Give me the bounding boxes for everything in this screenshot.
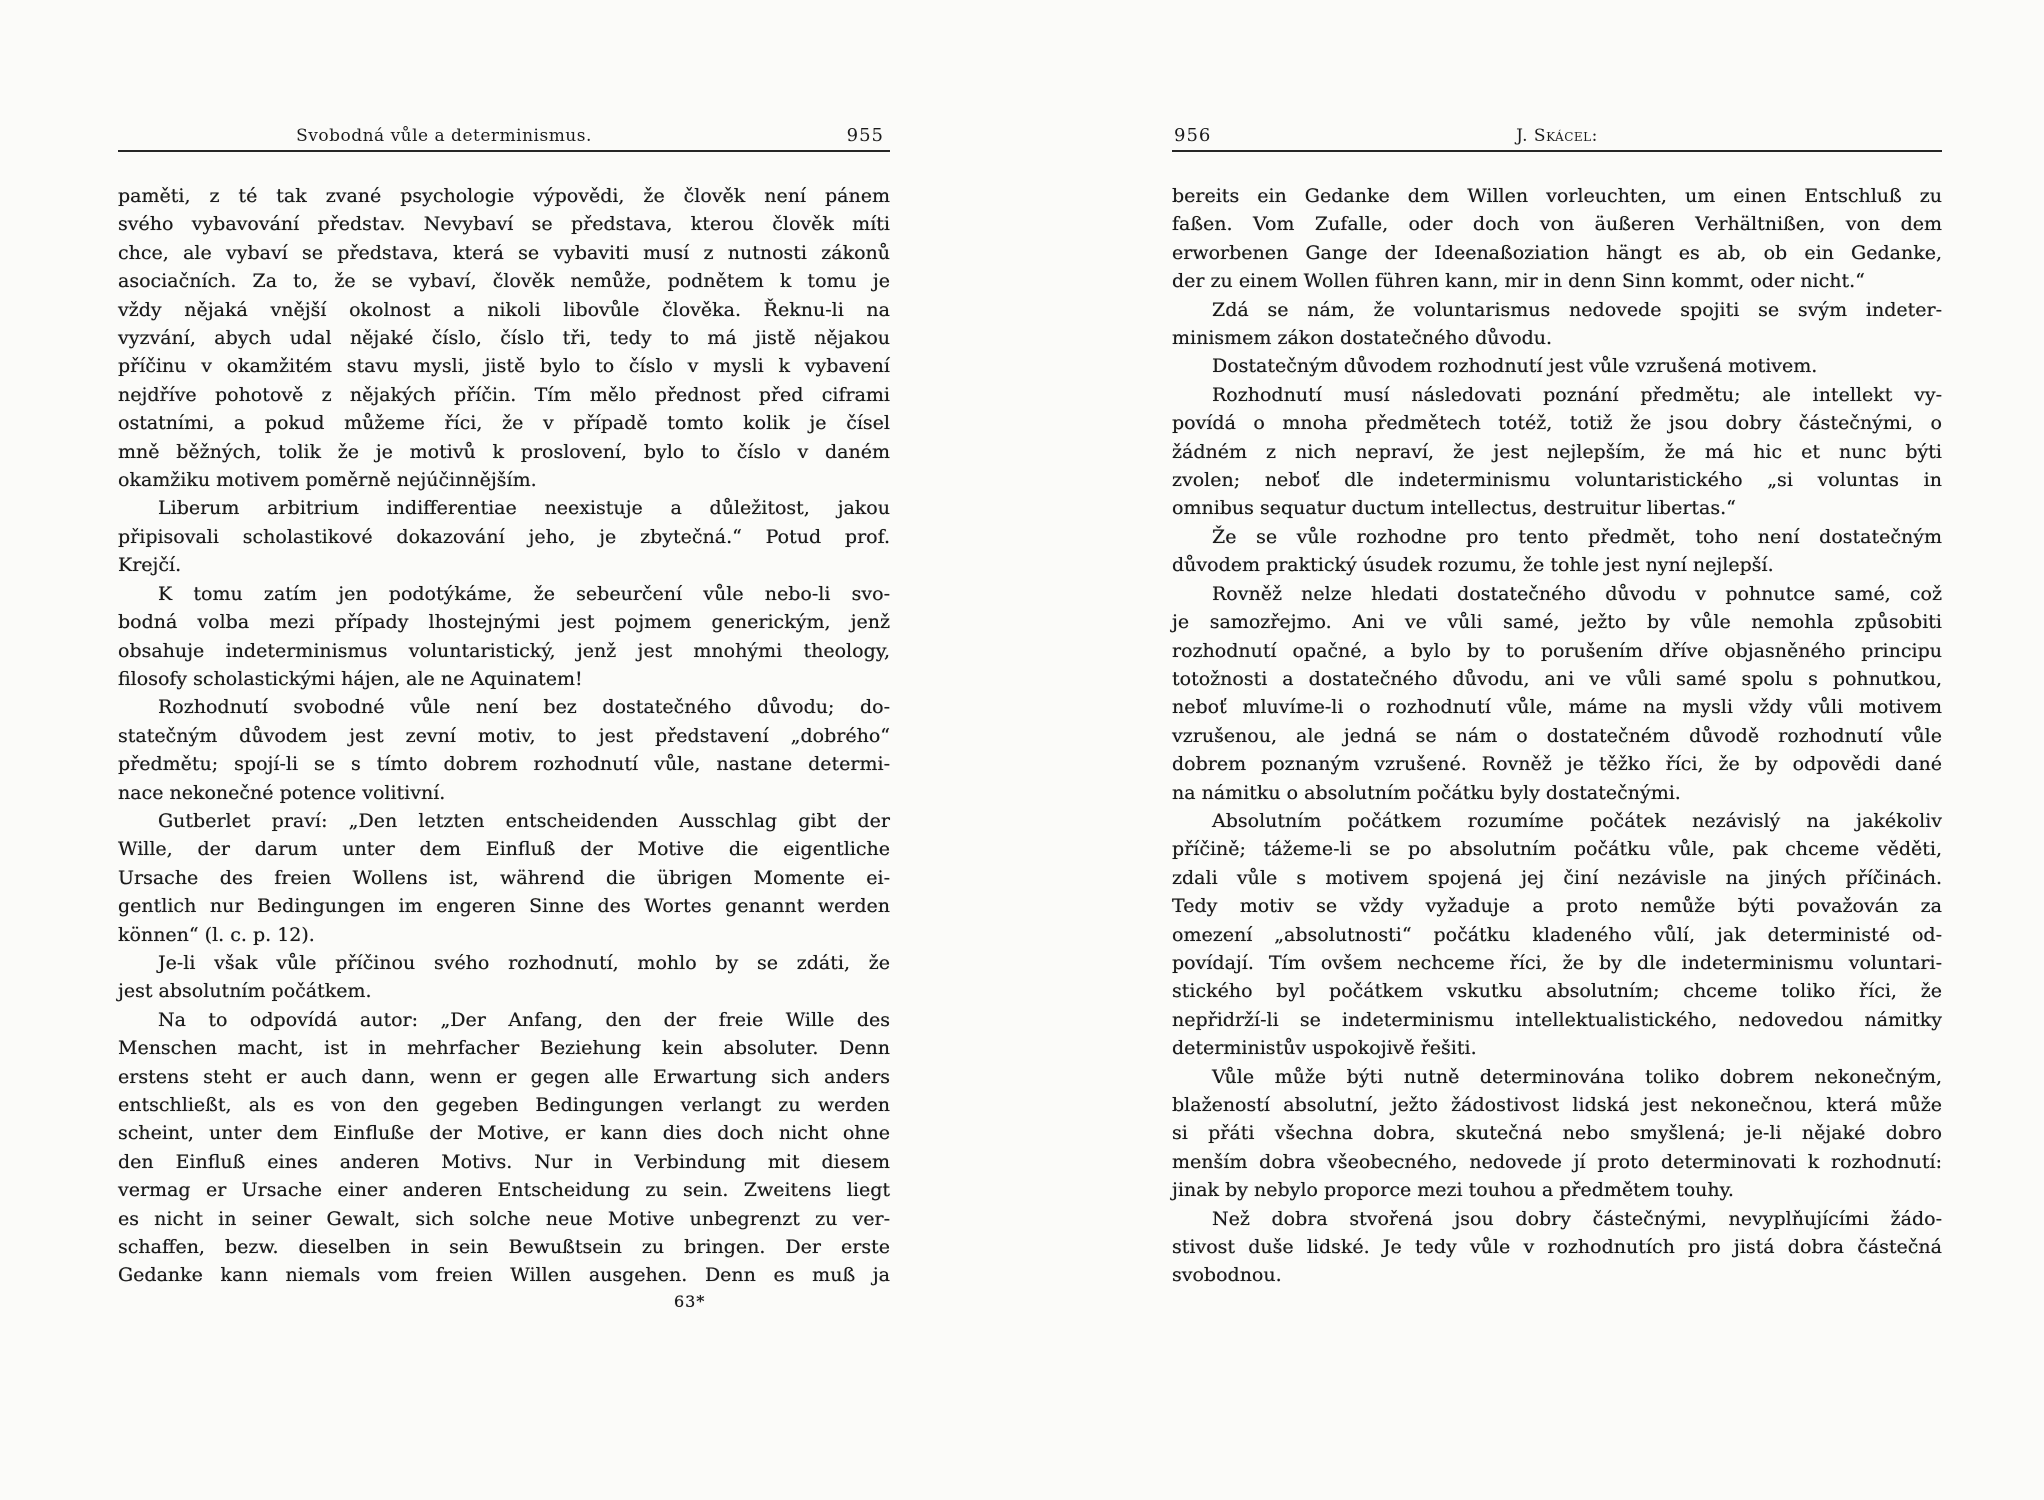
text-line: chce, ale vybaví se představa, která se … <box>118 239 890 267</box>
text-line: Je-li však vůle příčinou svého rozhodnut… <box>118 949 890 977</box>
text-line: omezení „absolutnosti“ počátku kladeného… <box>1172 921 1942 949</box>
text-line: Gutberlet praví: „Den letzten entscheide… <box>118 807 890 835</box>
text-line: entschließt, als es von den gegeben Bedi… <box>118 1091 890 1119</box>
text-line: Gedanke kann niemals vom freien Willen a… <box>118 1261 890 1289</box>
text-line: vždy nějaká vnější okolnost a nikoli lib… <box>118 296 890 324</box>
text-line: obsahuje indeterminismus voluntaristický… <box>118 637 890 665</box>
text-line: Zdá se nám, že voluntarismus nedovede sp… <box>1172 296 1942 324</box>
text-line: erstens steht er auch dann, wenn er gege… <box>118 1063 890 1091</box>
text-line: Absolutním počátkem rozumíme počátek nez… <box>1172 807 1942 835</box>
running-author: J. Skácel: <box>1172 126 1942 146</box>
right-page: 956 J. Skácel: bereits ein Gedanke dem W… <box>1172 96 1942 1290</box>
text-line: na námitku o absolutním počátku byly dos… <box>1172 779 1942 807</box>
text-line: Wille, der darum unter dem Einfluß der M… <box>118 835 890 863</box>
text-line: minismem zákon dostatečného důvodu. <box>1172 324 1942 352</box>
text-line: Rovněž nelze hledati dostatečného důvodu… <box>1172 580 1942 608</box>
text-line: Liberum arbitrium indifferentiae neexist… <box>118 494 890 522</box>
text-line: gentlich nur Bedingungen im engeren Sinn… <box>118 892 890 920</box>
text-line: filosofy scholastickými hájen, ale ne Aq… <box>118 665 890 693</box>
text-line: zdali vůle s motivem spojená jej činí ne… <box>1172 864 1942 892</box>
text-line: deterministův uspokojivě řešiti. <box>1172 1034 1942 1062</box>
text-line: Rozhodnutí svobodné vůle není bez dostat… <box>118 693 890 721</box>
right-page-text: bereits ein Gedanke dem Willen vorleucht… <box>1172 182 1942 1290</box>
text-line: Dostatečným důvodem rozhodnutí jest vůle… <box>1172 352 1942 380</box>
text-line: povídají. Tím ovšem nechceme říci, že by… <box>1172 949 1942 977</box>
text-line: paměti, z té tak zvané psychologie výpov… <box>118 182 890 210</box>
text-line: Na to odpovídá autor: „Der Anfang, den d… <box>118 1006 890 1034</box>
text-line: Vůle může býti nutně determinována tolik… <box>1172 1063 1942 1091</box>
running-title: Svobodná vůle a determinismus. <box>118 126 770 146</box>
text-line: Ursache des freien Wollens ist, während … <box>118 864 890 892</box>
text-line: Že se vůle rozhodne pro tento předmět, t… <box>1172 523 1942 551</box>
text-line: nace nekonečné potence volitivní. <box>118 779 890 807</box>
text-line: příčině; tážeme-li se po absolutním počá… <box>1172 835 1942 863</box>
text-line: stivost duše lidské. Je tedy vůle v rozh… <box>1172 1233 1942 1261</box>
text-line: statečným důvodem jest zevní motiv, to j… <box>118 722 890 750</box>
text-line: menším dobra všeobecného, nedovede jí pr… <box>1172 1148 1942 1176</box>
text-line: scheint, unter dem Einfluße der Motive, … <box>118 1119 890 1147</box>
text-line: rozhodnutí opačné, a bylo by to porušení… <box>1172 637 1942 665</box>
text-line: neboť mluvíme-li o rozhodnutí vůle, máme… <box>1172 693 1942 721</box>
text-line: si přáti všechna dobra, skutečná nebo sm… <box>1172 1119 1942 1147</box>
text-line: žádném z nich nepraví, že jest nejlepším… <box>1172 438 1942 466</box>
text-line: předmětu; spojí-li se s tímto dobrem roz… <box>118 750 890 778</box>
text-line: příčinu v okamžitém stavu mysli, jistě b… <box>118 352 890 380</box>
right-page-header: 956 J. Skácel: <box>1172 96 1942 152</box>
text-line: faßen. Vom Zufalle, oder doch von äußere… <box>1172 210 1942 238</box>
text-line: vzrušenou, ale jedná se nám o dostatečné… <box>1172 722 1942 750</box>
text-line: stického byl počátkem vskutku absolutním… <box>1172 977 1942 1005</box>
text-line: Tedy motiv se vždy vyžaduje a proto nemů… <box>1172 892 1942 920</box>
text-line: es nicht in seiner Gewalt, sich solche n… <box>118 1205 890 1233</box>
text-line: je samozřejmo. Ani ve vůli samé, ježto b… <box>1172 608 1942 636</box>
text-line: svobodnou. <box>1172 1261 1942 1289</box>
text-line: totožnosti a dostatečného důvodu, ani ve… <box>1172 665 1942 693</box>
left-page: Svobodná vůle a determinismus. 955 pamět… <box>118 96 890 1311</box>
text-line: nepřidrží-li se indeterminismu intellekt… <box>1172 1006 1942 1034</box>
text-line: ostatními, a pokud můžeme říci, že v pří… <box>118 409 890 437</box>
text-line: zvolen; neboť dle indeterminismu volunta… <box>1172 466 1942 494</box>
text-line: jest absolutním počátkem. <box>118 977 890 1005</box>
text-line: vermag er Ursache einer anderen Entschei… <box>118 1176 890 1204</box>
text-line: nejdříve pohotově z nějakých příčin. Tím… <box>118 381 890 409</box>
text-line: bereits ein Gedanke dem Willen vorleucht… <box>1172 182 1942 210</box>
text-line: asociačních. Za to, že se vybaví, člověk… <box>118 267 890 295</box>
text-line: bodná volba mezi případy lhostejnými jes… <box>118 608 890 636</box>
text-line: mně běžných, tolik že je motivů k proslo… <box>118 438 890 466</box>
text-line: der zu einem Wollen führen kann, mir in … <box>1172 267 1942 295</box>
text-line: blažeností absolutní, ježto žádostivost … <box>1172 1091 1942 1119</box>
text-line: důvodem praktický úsudek rozumu, že tohl… <box>1172 551 1942 579</box>
text-line: okamžiku motivem poměrně nejúčinnějším. <box>118 466 890 494</box>
text-line: den Einfluß eines anderen Motivs. Nur in… <box>118 1148 890 1176</box>
text-line: vyzvání, abych udal nějaké číslo, číslo … <box>118 324 890 352</box>
text-line: Menschen macht, ist in mehrfacher Bezieh… <box>118 1034 890 1062</box>
text-line: jinak by nebylo proporce mezi touhou a p… <box>1172 1176 1942 1204</box>
text-line: Rozhodnutí musí následovati poznání před… <box>1172 381 1942 409</box>
left-page-text: paměti, z té tak zvané psychologie výpov… <box>118 182 890 1290</box>
text-line: K tomu zatím jen podotýkáme, že sebeurče… <box>118 580 890 608</box>
text-line: erworbenen Gange der Ideenaßoziation hän… <box>1172 239 1942 267</box>
text-line: omnibus sequatur ductum intellectus, des… <box>1172 494 1942 522</box>
text-line: Než dobra stvořená jsou dobry částečnými… <box>1172 1205 1942 1233</box>
text-line: Krejčí. <box>118 551 890 579</box>
page-number-left-page: 955 <box>847 125 884 146</box>
printer-signature-mark: 63* <box>118 1292 890 1311</box>
left-page-header: Svobodná vůle a determinismus. 955 <box>118 96 890 152</box>
text-line: připisovali scholastikové dokazování jeh… <box>118 523 890 551</box>
text-line: povídá o mnoha předmětech totéž, totiž ž… <box>1172 409 1942 437</box>
text-line: svého vybavování představ. Nevybaví se p… <box>118 210 890 238</box>
text-line: können“ (l. c. p. 12). <box>118 921 890 949</box>
text-line: schaffen, bezw. dieselben in sein Bewußt… <box>118 1233 890 1261</box>
text-line: dobrem poznaným vzrušené. Rovněž je těžk… <box>1172 750 1942 778</box>
